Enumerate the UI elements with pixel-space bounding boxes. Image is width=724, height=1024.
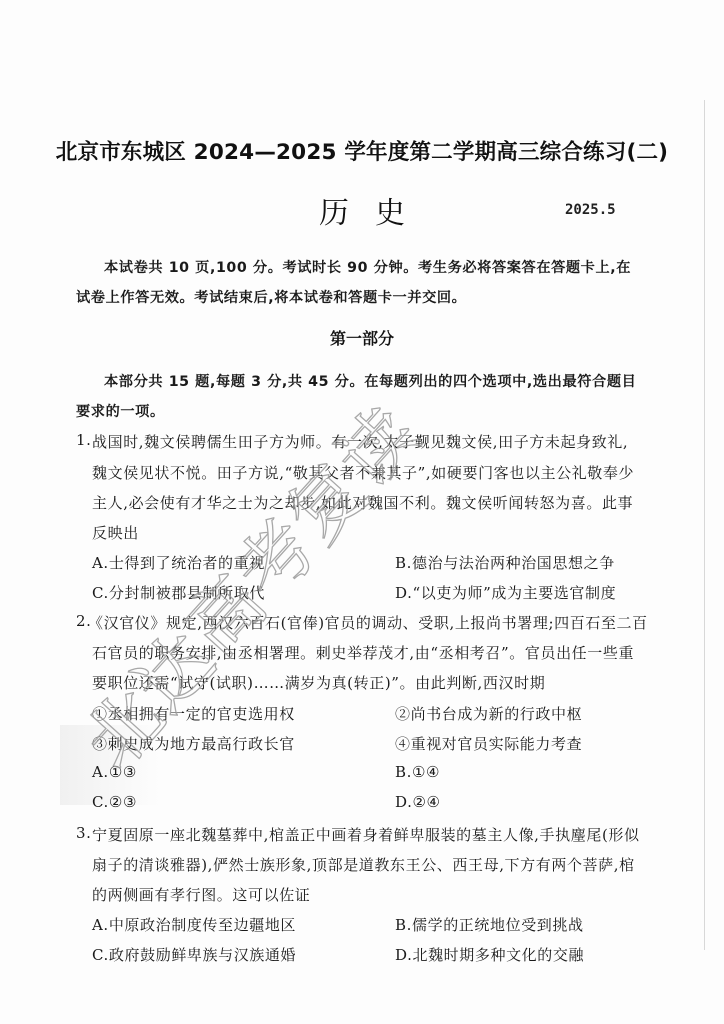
option-d[interactable]: D.北魏时期多种文化的交融 [395, 944, 584, 965]
option-text: ②④ [412, 793, 440, 811]
instructions-line-1: 本试卷共 10 页,100 分。考试时长 90 分钟。考生务必将答案答在答题卡上… [104, 257, 631, 277]
option-text: ②③ [109, 793, 137, 811]
question-stem-line: 魏文侯见状不悦。田子方说,“敬其父者不兼其子”,如硬要门客也以主公礼敬奉少 [92, 462, 634, 483]
question-stem-line: 战国时,魏文侯聘儒生田子方为师。有一次,太子觐见魏文侯,田子方未起身致礼, [92, 431, 628, 452]
question-stem-line: 宁夏固原一座北魏墓葬中,棺盖正中画着身着鲜卑服装的墓主人像,手执麈尾(形似 [92, 824, 640, 845]
option-label: B. [395, 916, 412, 934]
option-label: D. [395, 584, 412, 602]
option-a[interactable]: A.中原政治制度传至边疆地区 [92, 914, 296, 935]
option-label: A. [92, 763, 109, 781]
exam-title: 北京市东城区 2024—2025 学年度第二学期高三综合练习(二) [0, 135, 724, 166]
option-a[interactable]: A.士得到了统治者的重视 [92, 552, 265, 573]
option-b[interactable]: B.儒学的正统地位受到挑战 [395, 914, 584, 935]
question-number: 1. [76, 431, 92, 449]
option-c[interactable]: C.政府鼓励鲜卑族与汉族通婚 [92, 944, 296, 965]
option-label: C. [92, 793, 109, 811]
option-c[interactable]: C.②③ [92, 793, 137, 811]
section-title: 第一部分 [0, 326, 724, 349]
option-d[interactable]: D.“以吏为师”成为主要选官制度 [395, 582, 616, 603]
statement-2: ②尚书台成为新的行政中枢 [395, 703, 582, 724]
option-text: “以吏为师”成为主要选官制度 [412, 584, 616, 602]
statement-text: 尚书台成为新的行政中枢 [411, 705, 583, 723]
statement-label: ② [395, 705, 411, 723]
option-label: D. [395, 946, 412, 964]
question-stem-line: 扇子的清谈雅器),俨然士族形象,顶部是道教东王公、西王母,下方有两个菩萨,棺 [92, 854, 635, 875]
option-c[interactable]: C.分封制被郡县制所取代 [92, 582, 265, 603]
instructions-line-2: 试卷上作答无效。考试结束后,将本试卷和答题卡一并交回。 [76, 287, 466, 307]
option-b[interactable]: B.德治与法治两种治国思想之争 [395, 552, 615, 573]
statement-3: ③刺史成为地方最高行政长官 [92, 733, 295, 754]
option-label: D. [395, 793, 412, 811]
option-b[interactable]: B.①④ [395, 763, 440, 781]
question-stem-line: 的两侧画有孝行图。这可以佐证 [92, 884, 310, 905]
statement-label: ① [92, 705, 108, 723]
option-text: 中原政治制度传至边疆地区 [109, 916, 296, 934]
option-label: B. [395, 763, 412, 781]
statement-text: 丞相拥有一定的官吏选用权 [108, 705, 295, 723]
option-text: 分封制被郡县制所取代 [109, 584, 265, 602]
question-stem-line: 《汉官仪》规定,西汉六百石(官俸)官员的调动、受职,上报尚书署理;四百石至二百 [88, 612, 648, 633]
option-text: 政府鼓励鲜卑族与汉族通婚 [109, 946, 296, 964]
option-label: C. [92, 584, 109, 602]
option-label: A. [92, 916, 109, 934]
option-d[interactable]: D.②④ [395, 793, 441, 811]
question-stem-line: 石官员的职务安排,由丞相署理。刺史举荐茂才,由“丞相考召”。官员出任一些重 [92, 642, 634, 663]
option-label: C. [92, 946, 109, 964]
option-a[interactable]: A.①③ [92, 763, 137, 781]
statement-label: ④ [395, 735, 411, 753]
question-stem-line: 主人,必会使有才华之士为之却步,如此对魏国不利。魏文侯听闻转怒为喜。此事 [92, 492, 633, 513]
statement-1: ①丞相拥有一定的官吏选用权 [92, 703, 295, 724]
question-stem-line: 要职位还需“试守(试职)……满岁为真(转正)”。由此判断,西汉时期 [92, 672, 545, 693]
option-text: 德治与法治两种治国思想之争 [412, 554, 615, 572]
statement-label: ③ [92, 735, 108, 753]
option-text: 士得到了统治者的重视 [109, 554, 265, 572]
exam-date: 2025.5 [565, 202, 616, 218]
option-text: ①③ [109, 763, 137, 781]
option-label: A. [92, 554, 109, 572]
statement-text: 重视对官员实际能力考查 [411, 735, 583, 753]
statement-4: ④重视对官员实际能力考查 [395, 733, 582, 754]
option-text: 北魏时期多种文化的交融 [412, 946, 584, 964]
exam-page: 北京市东城区 2024—2025 学年度第二学期高三综合练习(二) 历史 202… [0, 0, 724, 1024]
question-number: 3. [76, 824, 92, 842]
part-intro-line-2: 要求的一项。 [76, 401, 165, 421]
option-label: B. [395, 554, 412, 572]
statement-text: 刺史成为地方最高行政长官 [108, 735, 295, 753]
part-intro-line-1: 本部分共 15 题,每题 3 分,共 45 分。在每题列出的四个选项中,选出最符… [104, 371, 636, 391]
option-text: ①④ [412, 763, 440, 781]
question-stem-line: 反映出 [92, 522, 139, 543]
option-text: 儒学的正统地位受到挑战 [412, 916, 584, 934]
